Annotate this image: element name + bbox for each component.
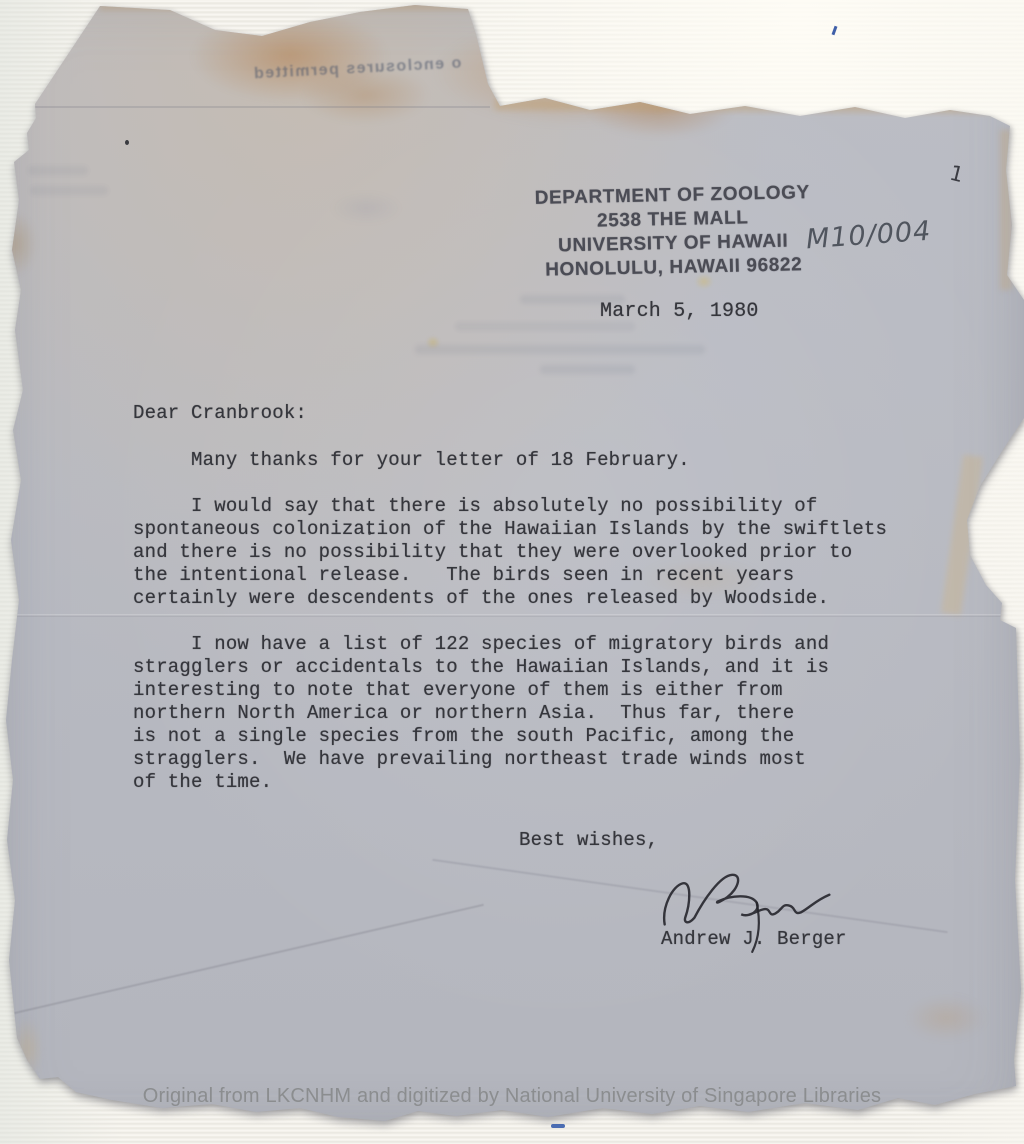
torn-edge-discoloration bbox=[495, 98, 1010, 114]
stain-smudge bbox=[330, 192, 402, 224]
paper-shadow-wrapper: o enclosures permitted DEPARTMENT OF ZOO… bbox=[0, 0, 1024, 1144]
typed-signature-name: Andrew J. Berger bbox=[661, 928, 847, 951]
stain-foxing bbox=[0, 212, 36, 276]
bleed-through-smudge bbox=[30, 186, 108, 195]
stain-foxing bbox=[12, 1018, 42, 1080]
ink-speck bbox=[125, 140, 129, 145]
bleed-through-smudge bbox=[540, 365, 635, 374]
pen-tick-mark: 1 bbox=[947, 161, 966, 188]
letterhead-line-city: HONOLULU, HAWAII 96822 bbox=[513, 253, 835, 284]
bleed-through-smudge bbox=[28, 166, 88, 175]
salutation: Dear Cranbrook: bbox=[133, 402, 307, 425]
digitization-watermark: Original from LKCNHM and digitized by Na… bbox=[0, 1085, 1024, 1108]
fold-crease bbox=[0, 904, 484, 1018]
stain-foxing bbox=[430, 16, 720, 128]
fold-crease bbox=[0, 614, 1024, 617]
stain-foxing bbox=[190, 8, 390, 103]
bleed-through-smudge bbox=[455, 322, 635, 331]
paragraph-1: Many thanks for your letter of 18 Februa… bbox=[133, 449, 690, 472]
letter-paper: o enclosures permitted DEPARTMENT OF ZOO… bbox=[0, 0, 1024, 1144]
stain-spot bbox=[695, 274, 713, 289]
signature-autograph bbox=[656, 857, 841, 961]
fold-crease bbox=[432, 859, 947, 933]
letter-date: March 5, 1980 bbox=[600, 300, 759, 323]
letterhead: DEPARTMENT OF ZOOLOGY 2538 THE MALL UNIV… bbox=[511, 181, 835, 284]
letterhead-line-department: DEPARTMENT OF ZOOLOGY bbox=[511, 181, 833, 212]
closing-line: Best wishes, bbox=[519, 829, 658, 852]
torn-edge-discoloration bbox=[1000, 130, 1012, 290]
bleed-through-stamp-text: o enclosures permitted bbox=[232, 53, 483, 84]
scanned-letter-page: o enclosures permitted DEPARTMENT OF ZOO… bbox=[0, 0, 1024, 1144]
fold-crease bbox=[0, 106, 490, 108]
stain-foxing bbox=[905, 995, 987, 1041]
torn-edge-discoloration bbox=[100, 2, 475, 10]
stain-spot bbox=[426, 336, 440, 349]
ink-speck bbox=[368, 531, 371, 535]
bleed-through-smudge bbox=[415, 345, 705, 354]
stain-foxing bbox=[585, 78, 735, 138]
blue-pen-dash bbox=[551, 1124, 565, 1128]
stain-foxing bbox=[300, 66, 430, 124]
paragraph-2: I would say that there is absolutely no … bbox=[133, 495, 887, 610]
torn-edge-discoloration bbox=[941, 454, 983, 615]
letterhead-line-university: UNIVERSITY OF HAWAII bbox=[512, 229, 834, 260]
letterhead-line-street: 2538 THE MALL bbox=[512, 205, 834, 236]
handwritten-catalog-number: M10/004 bbox=[805, 216, 932, 256]
paragraph-3: I now have a list of 122 species of migr… bbox=[133, 633, 829, 794]
stain-spot bbox=[640, 558, 765, 600]
bleed-through-smudge bbox=[520, 295, 625, 304]
